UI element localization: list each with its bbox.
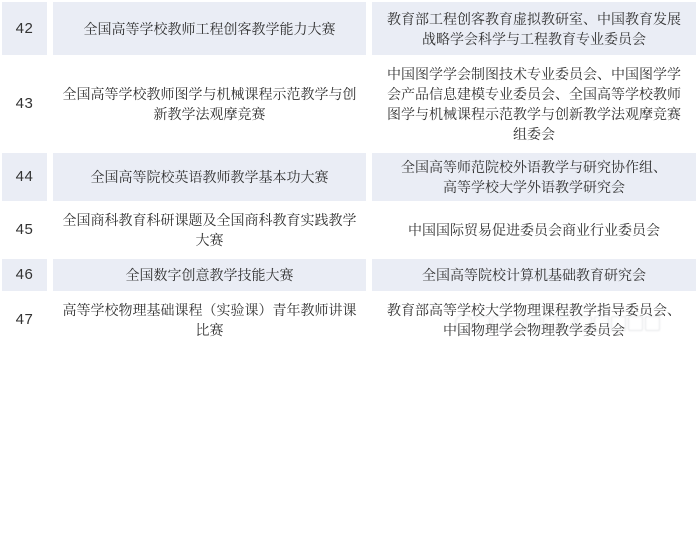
competition-name: 高等学校物理基础课程（实验课）青年教师讲课 比赛 xyxy=(53,296,366,344)
row-number: 42 xyxy=(2,2,47,55)
document-page: 42 全国高等学校教师工程创客教学能力大赛 教育部工程创客教育虚拟教研室、中国教… xyxy=(0,0,700,542)
competition-name: 全国高等学校教师图学与机械课程示范教学与创 新教学法观摩竞赛 xyxy=(53,60,366,148)
competition-name: 全国高等院校英语教师教学基本功大赛 xyxy=(53,153,366,201)
competition-name: 全国商科教育科研课题及全国商科教育实践教学 大赛 xyxy=(53,206,366,254)
organizer: 中国图学学会制图技术专业委员会、中国图学学 会产品信息建模专业委员会、全国高等学… xyxy=(372,60,696,148)
competition-name: 全国数字创意教学技能大赛 xyxy=(53,259,366,291)
row-number: 47 xyxy=(2,296,47,344)
organizer: 教育部高等学校大学物理课程教学指导委员会、 中国物理学会物理教学委员会 xyxy=(372,296,696,344)
competition-table: 42 全国高等学校教师工程创客教学能力大赛 教育部工程创客教育虚拟教研室、中国教… xyxy=(2,2,696,344)
row-number: 46 xyxy=(2,259,47,291)
competition-name: 全国高等学校教师工程创客教学能力大赛 xyxy=(53,2,366,55)
row-number: 45 xyxy=(2,206,47,254)
organizer: 中国国际贸易促进委员会商业行业委员会 xyxy=(372,206,696,254)
row-number: 44 xyxy=(2,153,47,201)
organizer: 全国高等院校计算机基础教育研究会 xyxy=(372,259,696,291)
row-number: 43 xyxy=(2,60,47,148)
organizer: 教育部工程创客教育虚拟教研室、中国教育发展 战略学会科学与工程教育专业委员会 xyxy=(372,2,696,55)
organizer: 全国高等师范院校外语教学与研究协作组、 高等学校大学外语教学研究会 xyxy=(372,153,696,201)
